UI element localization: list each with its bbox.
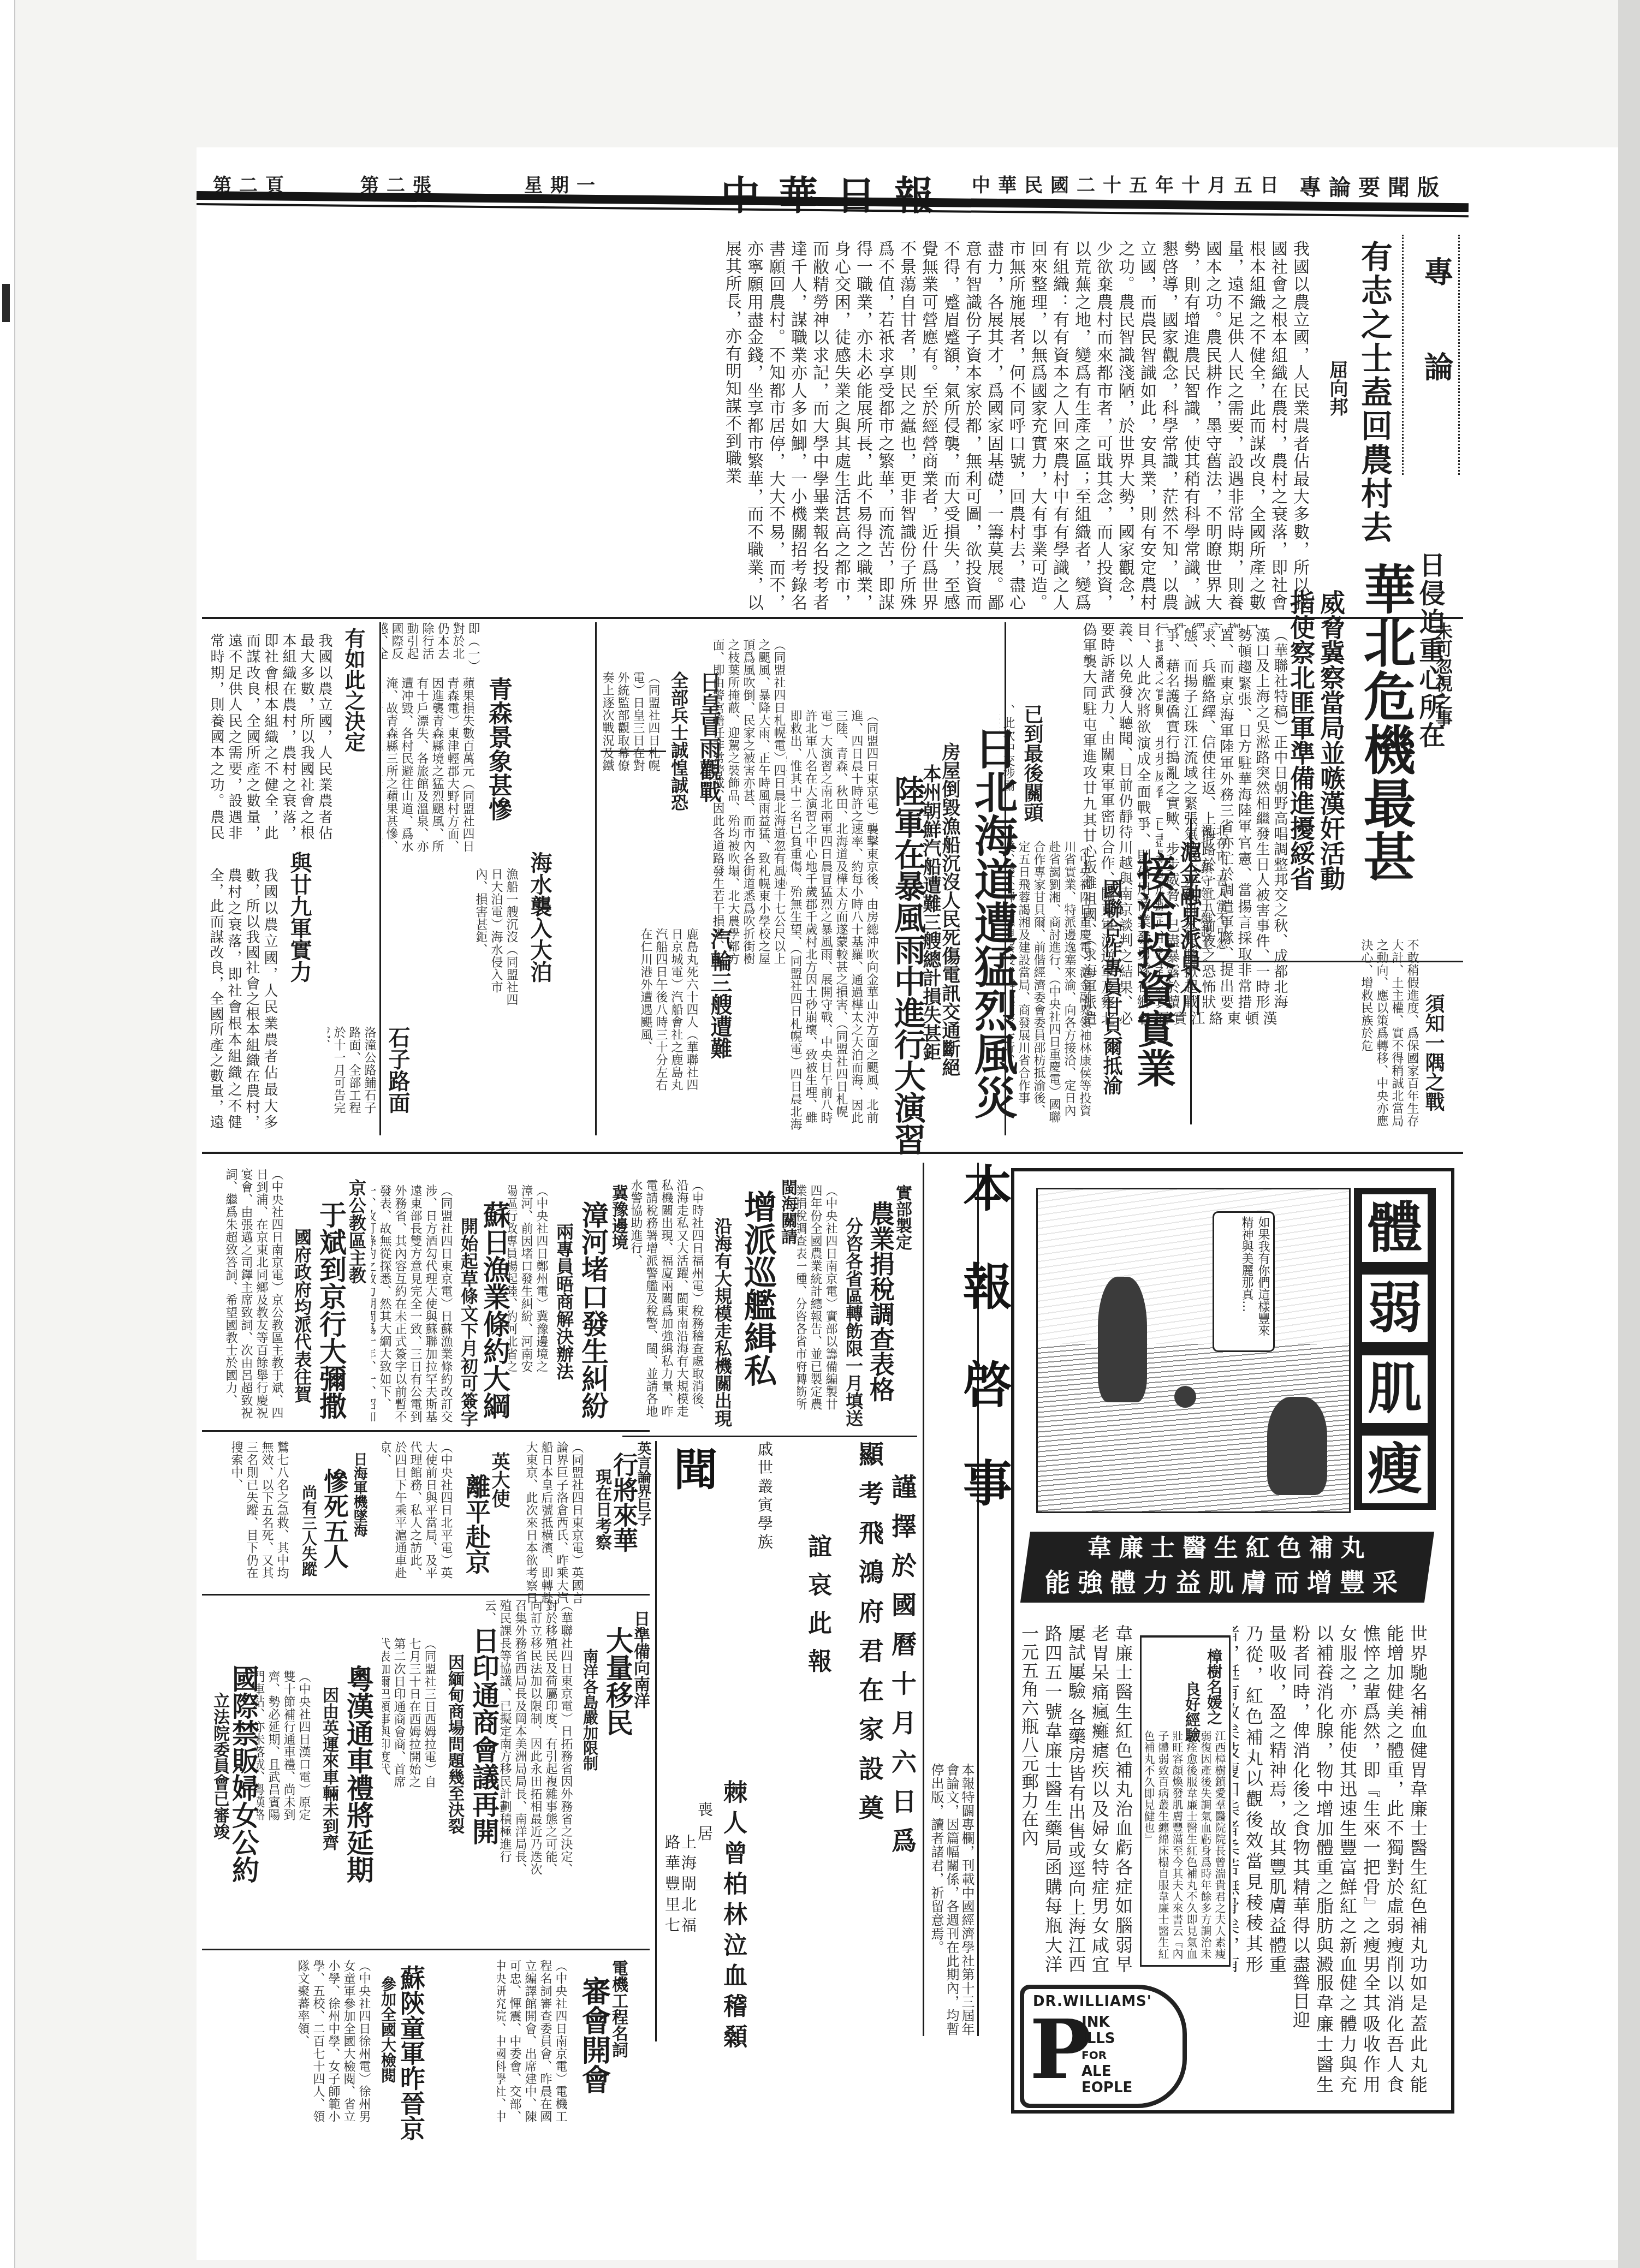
story-body-fishery: （同盟社四日東京電）日蘇漁業條約改訂交涉、日方酒勾代理大使與蘇聯加拉罕夫斯基遠東… bbox=[371, 1184, 453, 1425]
section-divider bbox=[202, 1430, 650, 1432]
story-headline-aomori: 青森景象甚慘 bbox=[480, 677, 515, 821]
story-headline-agri: 農業捐稅調查表格 bbox=[863, 1201, 899, 1402]
story-headline-hokkaido: 日北海道遭猛烈風災 bbox=[961, 726, 1024, 1119]
story-headline-jinrong: 接洽投資實業 bbox=[1125, 852, 1181, 1087]
story-subhead-fishery: 開始起草條文下月初可簽字 bbox=[456, 1217, 481, 1427]
section-divider bbox=[622, 1436, 917, 1437]
editorial-column-label: 專論 bbox=[1402, 235, 1460, 475]
seated-woman-figure bbox=[1267, 1397, 1327, 1495]
story-headline-zhanghe: 漳河堵口發生糾紛 bbox=[573, 1201, 613, 1419]
story-headline-emigration: 大量移民 bbox=[598, 1627, 637, 1736]
standing-woman-figure bbox=[1098, 1277, 1147, 1402]
column-rule bbox=[923, 1163, 924, 2036]
section-divider bbox=[202, 1594, 650, 1596]
ad-body: 世界馳名補血健胃韋廉士醫生紅色補丸功能增加健美之體重，此不獨對於虛弱瘦削憔悴之輩… bbox=[1233, 1624, 1429, 1974]
pink-pills-box-logo: DR.WILLIAMS' P INK ILLS FOR ALE EOPLE bbox=[1020, 1985, 1187, 2108]
story-headline-ambassador: 離平赴京 bbox=[459, 1474, 495, 1574]
story-subhead-hokkaido-3: 陸軍在暴風雨中進行大演習 bbox=[884, 775, 930, 1155]
speech-bubble: 如果我有你們這樣豐來精神與美麗那真… bbox=[1213, 1211, 1275, 1352]
story-headline-soldiers: 全部兵士誠惶誠恐 bbox=[666, 671, 691, 811]
section-divider bbox=[202, 617, 1463, 619]
editorial-tail: 我國以農立國，人民業農者佔最大多數，所以我國社會之根本組織在農村，農村之衰落，即… bbox=[207, 633, 333, 841]
story-body-soldiers: （同盟社四日札幌電）日皇三日在對外統監部觀取幕僚奏上逐次戰況及鐵道運送等、其時風… bbox=[601, 671, 661, 781]
obituary-address-3: 路華豐里七 bbox=[661, 1834, 682, 1938]
editorial-body: 我國以農立國，人民業農者佔最大多數，所以我國社會之根本組織在農村，農村之衰落，即… bbox=[207, 240, 1310, 611]
story-subhead-railway: 因由英運來車輛未到齊 bbox=[317, 1687, 341, 1850]
pink-pills-advertisement: 如果我有你們這樣豐來精神與美麗那真… 體 弱 肌 瘦 韋廉士醫生紅色補丸 能強體… bbox=[1011, 1168, 1454, 2114]
notice-title: 本報啓事 bbox=[928, 1163, 977, 1594]
obituary-line-1: 謹擇於國曆十月六日爲 bbox=[884, 1474, 920, 1867]
editorial-author: 屈向邦 bbox=[1324, 360, 1351, 416]
column-rule bbox=[379, 622, 381, 1135]
ad-usage: 韋廉士醫生紅色補丸治血虧各症如腦弱早老胃呆痛瘋癱瘧疾以及婦女特症男女咸宜屢試屢驗… bbox=[1020, 1624, 1134, 1974]
story-body-steamers: 鹿島丸死六十四人（華聯社四日京城電）汽船會社之鹿島丸汽船四日午後八時三十分左右在… bbox=[628, 928, 699, 1103]
editorial-title: 有志之士盍回農村去 bbox=[1351, 240, 1397, 545]
story-body-luotong: 洛潼公路鋪石子路面、全部工程於十一月可告完成、 bbox=[328, 1026, 377, 1124]
sidebar-body-4: 即（一）對於北仍本去除行活動引起國際反感、全力之策與中央之聯絡其他 bbox=[382, 622, 480, 671]
story-body-terms: （中央社四日南京電）電機工程名詞審查委員會、昨晨在國立編譯館開會、出席建中、陳可… bbox=[497, 1960, 568, 2123]
story-headline-luotong: 石子路面 bbox=[382, 1026, 413, 1114]
story-headline-steamers: 汽輪三艘遭難 bbox=[704, 928, 735, 1059]
sidebar-title-1: 未可忽視之事 bbox=[1430, 622, 1455, 727]
obituary-line-2: 顯考飛鴻府君在家設奠 bbox=[852, 1441, 888, 1834]
sidebar-title-5: 與廿九軍實力 bbox=[284, 852, 315, 983]
story-headline-seawater: 海水襲入大泊 bbox=[524, 852, 555, 983]
sidebar-title-2: 須知一隅之戰 bbox=[1419, 993, 1447, 1111]
story-subhead-yubin: 國府政府均派代表往賀 bbox=[289, 1228, 314, 1403]
story-subhead-smuggle: 沿海有大規模走私機關出現 bbox=[710, 1217, 735, 1427]
beach-illustration: 如果我有你們這樣豐來精神與美麗那真… bbox=[1036, 1188, 1351, 1513]
story-body-scouts: （中央社四日徐州電）徐州男女童軍參加全國大檢閱、省立小學、徐州中學、女子師範小學… bbox=[207, 1960, 371, 2123]
story-body-smuggle: （申時社四日福州電）稅務稽查處取消後、沿海走私又大活躍、閩東南沿海有大規模走私機… bbox=[622, 1179, 704, 1419]
section-name: 專論要聞版 bbox=[1299, 170, 1447, 201]
ad-side-text: 如是蓋此丸能以消化吾人食全其吸收作用健之體力與充服韋廉士醫生聳目迎 bbox=[1189, 1974, 1429, 2094]
sidebar-body-2: 不敢稍假進度、爲保國家百年生存大計、土主權、實不得稍誠北當局之動向、應以策爲轉移… bbox=[1338, 939, 1419, 1135]
story-body-emperor: （同盟社四日札幌電）四日晨北海道忽有風速十七公尺以上之颶風、暴降大雨、正午時風雨… bbox=[710, 639, 786, 977]
column-rule bbox=[1005, 622, 1006, 1135]
story-subhead-agri: 分咨各省區轉飭限一月填送 bbox=[841, 1217, 866, 1427]
story-headline-indotrade: 日印通商會議再開 bbox=[464, 1627, 503, 1845]
story-body-navy: 鷲七八名之急救、其中均無效、以下五名死、又其三名則已失蹤、目下仍在搜索中、 bbox=[207, 1441, 289, 1583]
editorial-tail-2: 我國以農立國，人民業農者佔最大多數，所以我國社會之根本組織在農村，農村之衰落，即… bbox=[207, 868, 278, 1130]
ad-banner-product: 韋廉士醫生紅色補丸 bbox=[1028, 1532, 1432, 1565]
story-subhead-convention: 立法院委員會已審竣 bbox=[207, 1692, 231, 1840]
section-divider bbox=[202, 1949, 650, 1950]
testimonial-box: 樟樹名媛之 良好經驗 江西樟樹鎮愛羣醫院院長曾湍貴君之夫人素瘦弱復因產後失調氣血… bbox=[1140, 1635, 1231, 1967]
obituary-signature: 棘人曾柏林泣血稽顙 bbox=[715, 1779, 750, 2055]
obituary-mourners: 戚世叢寅學族 bbox=[753, 1441, 775, 1552]
story-headline-navy: 慘死五人 bbox=[317, 1468, 353, 1569]
obituary-title: 聞 bbox=[661, 1446, 723, 1490]
column-rule bbox=[655, 1441, 657, 2041]
weekday: 星期一 bbox=[524, 170, 603, 197]
story-body-yubin: （中央社四日南京電）京公教區主教于斌、四日到浦、在京東北同鄉及教友等百餘舉行慶祝… bbox=[207, 1168, 284, 1425]
story-subhead-indotrade: 因緬甸商場問題幾至決裂 bbox=[442, 1654, 466, 1834]
story-headline-terms: 審會開會 bbox=[573, 1976, 615, 2094]
story-subhead-british: 現在日考察 bbox=[590, 1468, 614, 1550]
story-headline-yubin: 于斌到京行大彌撒 bbox=[311, 1201, 350, 1419]
story-body-indotrade: （同盟社三日西姆拉電）自七月三十日在西姆拉開始之第二次日印通商會商、首席代表加爾… bbox=[382, 1638, 437, 1796]
ad-banner: 韋廉士醫生紅色補丸 能強體力益肌膚而增豐采 bbox=[1020, 1532, 1434, 1603]
swimmer-figure bbox=[1174, 1386, 1196, 1408]
column-rule bbox=[595, 622, 597, 1135]
story-body-hokkaido: （同盟四日東京電）襲擊東京後、由房總沖吹向金華山沖方面之颶風、北前進、四日晨十時… bbox=[786, 710, 879, 1135]
story-body-british: （同盟社四日東京電）英國言論界巨子洛倉西氏、昨乘大汽船日本皇后號抵橫濱、即轉赴大… bbox=[524, 1441, 584, 1605]
story-body-aomori: 蘋果損失數百萬元（同盟社四日青森電）東津輕郡大野村方面、因進襲青森縣境之猛烈颶風… bbox=[382, 677, 475, 857]
scan-edge-right bbox=[1618, 0, 1640, 2268]
issue-date: 中華民國二十五年十月五日 bbox=[972, 170, 1286, 197]
story-body-ambassador: （中央社四日北平電）英大使前日與平當局、及平代理館務、私人之訪此、於四日下午乘平… bbox=[382, 1441, 453, 1583]
section-divider bbox=[202, 1152, 1463, 1154]
story-subhead-scouts: 參加全國大檢閱 bbox=[377, 1976, 399, 2083]
story-subhead-jinrong: 國聯合作專員甘貝爾抵渝 bbox=[1097, 879, 1125, 1095]
section-divider bbox=[601, 751, 666, 752]
column-rule bbox=[1190, 819, 1192, 1124]
story-body-agri: （中央社四日南京電）實部以籌備編製廿四年份全國農業統計總報告、並已製定農業捐稅調… bbox=[797, 1184, 838, 1414]
story-body-railway: （中央社四日漢口電）原定雙十節補行通車禮、尚未到齊、勢必延期、且武昌賓陽門車站、… bbox=[257, 1670, 311, 1823]
story-body-seawater: 漁船一艘沉沒（同盟社四日大泊電）海水侵入市內、損害甚鉅、 bbox=[382, 868, 519, 1010]
story-subhead-emigration: 南洋各島嚴加限制 bbox=[579, 1648, 601, 1771]
story-headline-railway: 粵漢通車禮將延期 bbox=[338, 1665, 378, 1883]
ad-banner-slogan: 能強體力益肌膚而增豐采 bbox=[1023, 1565, 1427, 1599]
story-headline-smuggle: 增派巡艦緝私 bbox=[734, 1190, 781, 1386]
notice-body: 本報特闢專欄，刊載中國經濟學社第十三屆年會論文，因篇幅關係，各週刊在此期內，均暫… bbox=[928, 1763, 975, 2036]
ad-big-title: 體 弱 肌 瘦 bbox=[1354, 1188, 1436, 1510]
obituary-closing: 誼哀此報 bbox=[800, 1534, 835, 1687]
lead-headline: 華北危機最甚 bbox=[1348, 562, 1423, 883]
sidebar-title-4: 有如此之決定 bbox=[338, 628, 369, 752]
story-subhead-navy: 尚有三人失蹤 bbox=[298, 1485, 319, 1576]
story-subhead-zhanghe: 兩專員晤商解決辦法 bbox=[551, 1223, 577, 1380]
sidebar-divider bbox=[1190, 961, 1463, 962]
scan-edge-left bbox=[0, 0, 15, 2268]
